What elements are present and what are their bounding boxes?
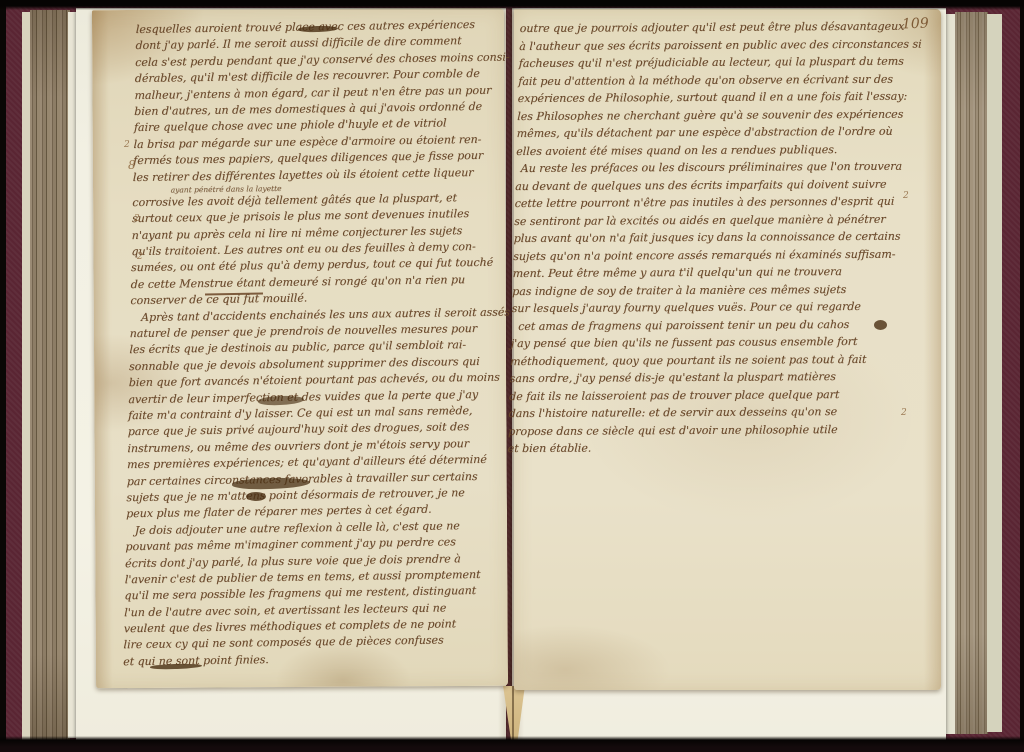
folio-number: 109	[902, 16, 929, 33]
right-page-text: outre que je pourrois adjouter qu'il est…	[507, 17, 938, 457]
endpaper-edge-right	[987, 14, 1002, 732]
manuscript-line: méthodiquement, quoy que pourtant ils ne…	[510, 350, 928, 370]
manuscript-line: cette lettre pourront n'être pas inutile…	[514, 192, 932, 212]
manuscript-line: plus avant qu'on n'a fait jusques icy da…	[513, 227, 931, 247]
ink-blot	[874, 320, 887, 330]
manuscript-page-left: lesquelles auroient trouvé place avec ce…	[92, 8, 508, 689]
photo-shadow-top	[0, 0, 1024, 10]
page-edges-stack-left	[30, 10, 70, 742]
manuscript-line: et bien établie.	[507, 438, 925, 458]
manuscript-line: outre que je pourrois adjouter qu'il est…	[519, 17, 937, 37]
margin-mark: 2	[901, 408, 907, 418]
photo-shadow-bottom	[0, 736, 1024, 752]
margin-mark: 2	[137, 252, 143, 262]
margin-mark: 2	[134, 214, 140, 224]
margin-mark: 2	[903, 191, 909, 201]
open-book-photograph: lesquelles auroient trouvé place avec ce…	[0, 0, 1024, 752]
ink-blot	[246, 492, 266, 501]
manuscript-line: mêmes, qu'ils détachent par une espèce d…	[516, 122, 934, 142]
manuscript-line: sujets qu'on n'a point encore assés rema…	[513, 245, 931, 265]
manuscript-line: facheuses qu'il n'est préjudiciable au l…	[518, 52, 936, 72]
manuscript-page-right: outre que je pourrois adjouter qu'il est…	[514, 9, 941, 690]
margin-mark: 2	[124, 140, 130, 150]
margin-mark: 8	[128, 158, 136, 172]
left-page-text: lesquelles auroient trouvé place avec ce…	[123, 17, 496, 671]
manuscript-line: Au reste les préfaces ou les discours pr…	[515, 157, 933, 177]
page-edges-stack-right	[955, 12, 988, 734]
manuscript-line: expériences de Philosophie, surtout quan…	[517, 87, 935, 107]
